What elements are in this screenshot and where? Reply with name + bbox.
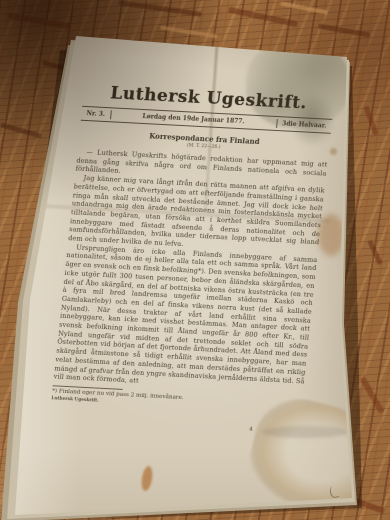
cork-streak	[228, 7, 298, 27]
cork-streak	[160, 25, 218, 38]
stain-drop-bottom	[140, 465, 154, 491]
faint-smudge	[262, 426, 348, 438]
cork-streak	[0, 122, 42, 138]
article-body: — Luthersk Ugeskrifts högtärade redaktio…	[53, 148, 328, 395]
cork-streak	[359, 376, 384, 414]
cork-streak	[8, 13, 70, 30]
foxing-spot	[330, 148, 337, 155]
body-paragraph: Ursprungligen äro icke alla Finlands inn…	[53, 243, 318, 395]
body-paragraph: Jag känner mig vara långt ifrån den rätt…	[68, 174, 325, 256]
cork-streak	[280, 1, 328, 14]
signature-mark: 4	[249, 427, 253, 433]
cork-streak	[118, 0, 202, 17]
cork-streak	[364, 106, 379, 136]
issue-number: Nr. 3.	[81, 109, 110, 119]
printed-page-content: Luthersk Ugeskrift. Nr. 3. Lørdag den 19…	[51, 70, 336, 414]
cork-streak	[367, 240, 383, 266]
cork-streak	[318, 24, 370, 38]
issue-edition: 3die Halvaar.	[277, 119, 332, 131]
photo-of-old-periodical: Luthersk Ugeskrift. Nr. 3. Lørdag den 19…	[0, 0, 390, 520]
